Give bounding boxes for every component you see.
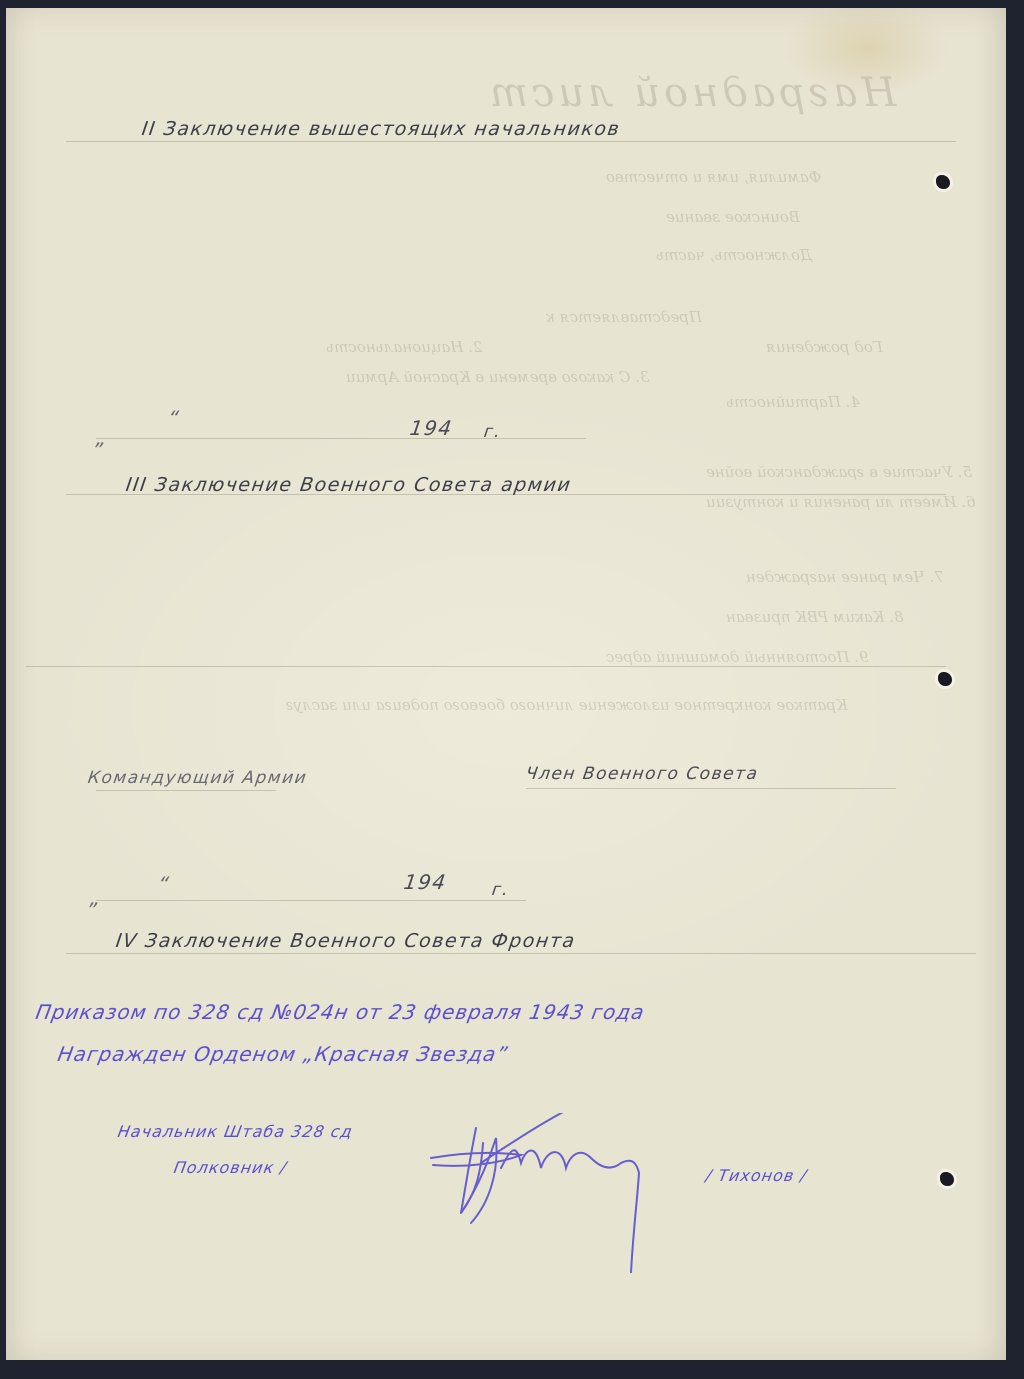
form-rule xyxy=(66,141,956,142)
ghost-line: 7. Чем ранее награжден xyxy=(746,568,944,586)
form-rule xyxy=(96,790,276,791)
section-2-heading: II Заключение вышестоящих начальников xyxy=(140,118,621,140)
ghost-line: Фамилия, имя и отчество xyxy=(606,168,821,186)
section-4-heading: IV Заключение Военного Совета Фронта xyxy=(114,930,577,952)
council-member-label: Член Военного Совета xyxy=(525,764,760,784)
punch-hole xyxy=(936,175,950,189)
date-1-quote-close: ” xyxy=(90,438,105,462)
award-order-line: Приказом по 328 сд №024н от 23 февраля 1… xyxy=(34,1000,647,1024)
ghost-line: 9. Постоянный домашний адрес xyxy=(606,648,869,666)
form-rule xyxy=(26,666,946,667)
date-2-quote-close: ” xyxy=(84,898,99,922)
section-3-heading: III Заключение Военного Совета армии xyxy=(124,474,573,496)
date-2-quote-open: “ xyxy=(156,872,171,896)
ghost-title: Наградной лист xyxy=(486,70,896,116)
punch-hole xyxy=(940,1172,954,1186)
document-page: Наградной лист Фамилия, имя и отчество В… xyxy=(6,8,1006,1360)
form-rule xyxy=(66,953,976,954)
date-1-year: 194 xyxy=(408,416,454,440)
ghost-line: 6. Имеет ли ранения и контузии xyxy=(706,493,976,511)
date-2-year: 194 xyxy=(402,870,448,894)
ghost-line: 3. С какого времени в Красной Армии xyxy=(346,368,650,386)
form-rule xyxy=(96,438,586,439)
ghost-line: Воинское звание xyxy=(666,208,800,226)
commander-label: Командующий Армии xyxy=(87,768,309,788)
form-rule xyxy=(96,900,526,901)
ghost-line: Год рождения xyxy=(766,338,883,356)
ghost-line: 2. Национальность xyxy=(326,338,483,356)
ghost-line: Должность, часть xyxy=(656,246,812,264)
ghost-line: 5. Участие в гражданской войне xyxy=(706,463,972,481)
signer-title-line-1: Начальник Штаба 328 сд xyxy=(116,1122,354,1141)
ghost-line: 4. Партийность xyxy=(726,393,860,411)
award-decoration-line: Награжден Орденом „Красная Звезда” xyxy=(56,1042,510,1066)
punch-hole xyxy=(938,672,952,686)
signature-scribble xyxy=(421,1113,881,1273)
date-1-suffix: г. xyxy=(483,422,503,442)
form-rule xyxy=(526,788,896,789)
signer-title-line-2: Полковник / xyxy=(172,1158,288,1177)
ghost-line: Краткое конкретное изложение личного бое… xyxy=(286,696,848,714)
date-2-suffix: г. xyxy=(491,880,511,900)
ghost-line: Представляется к xyxy=(546,308,702,326)
ghost-line: 8. Каким РВК призван xyxy=(726,608,904,626)
date-1-quote-open: “ xyxy=(166,406,181,430)
